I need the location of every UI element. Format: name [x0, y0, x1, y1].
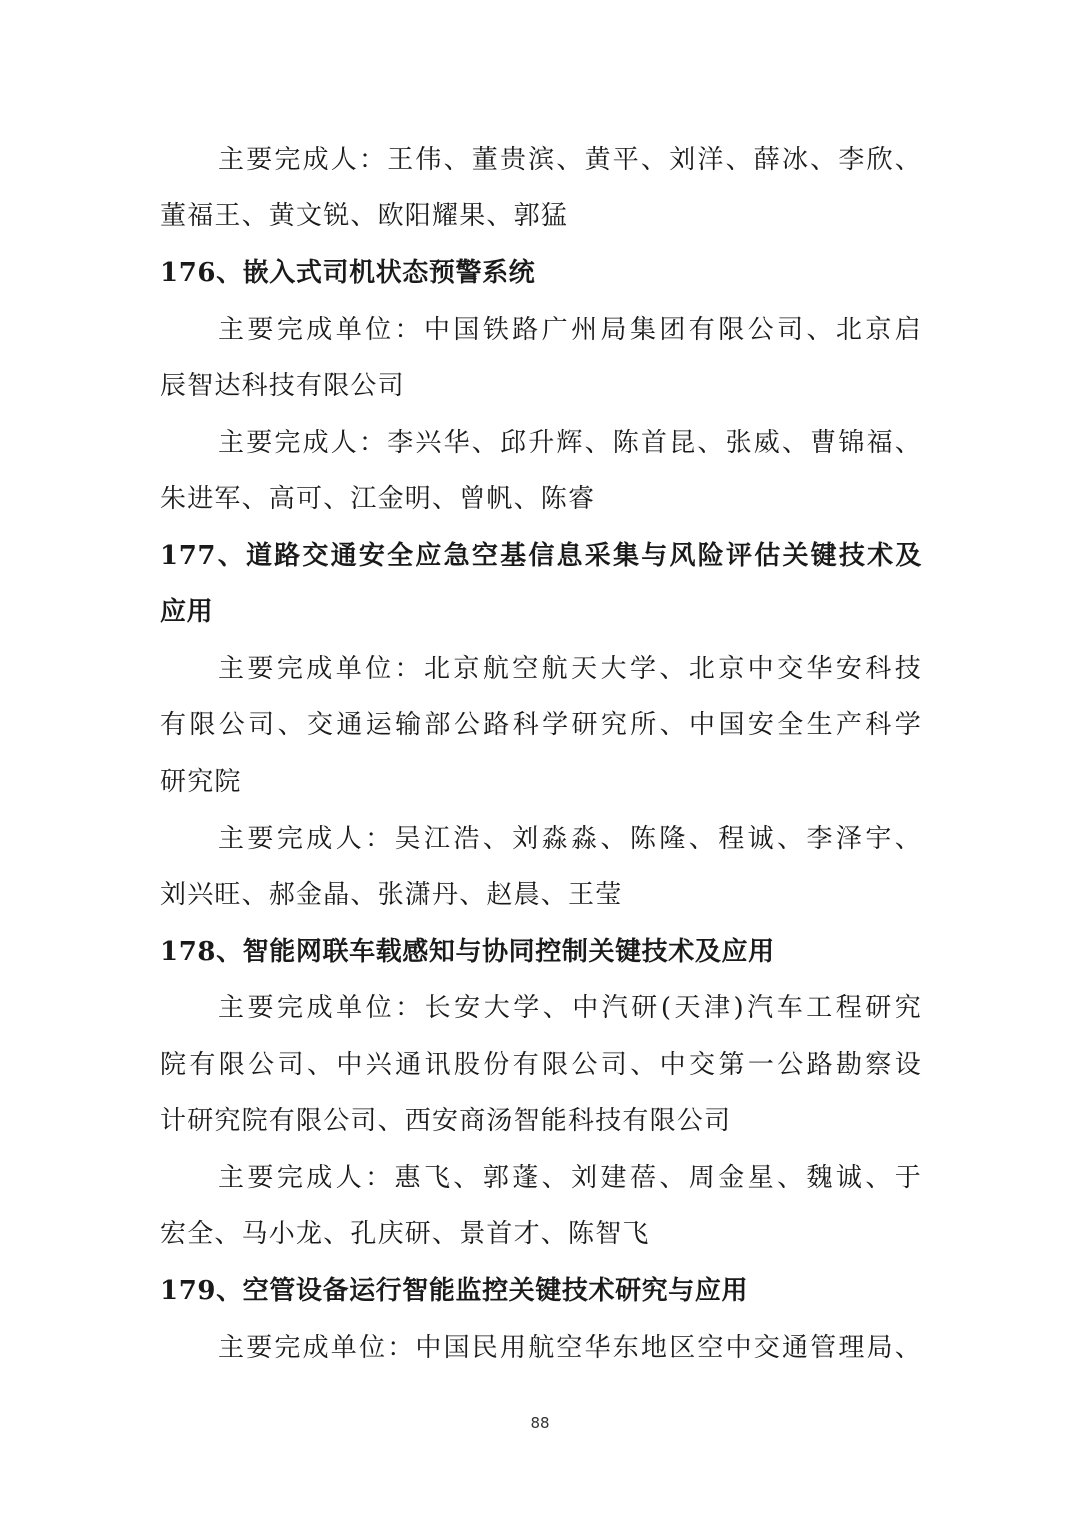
entry-177-units-line-1: 主要完成单位：北京航空航天大学、北京中交华安科技	[218, 649, 922, 689]
document-page: 主要完成人：王伟、董贵滨、黄平、刘洋、薛冰、李欣、 董福王、黄文锐、欧阳耀果、郭…	[0, 0, 1080, 1527]
entry-177-title-line-2: 应用	[160, 592, 922, 632]
entry-179-title: 179、空管设备运行智能监控关键技术研究与应用	[160, 1271, 922, 1311]
entry-178-units-line-1: 主要完成单位：长安大学、中汽研(天津)汽车工程研究	[218, 988, 922, 1028]
entry-175-persons-line-2: 董福王、黄文锐、欧阳耀果、郭猛	[160, 196, 922, 236]
entry-176-persons-line-1: 主要完成人：李兴华、邱升辉、陈首昆、张威、曹锦福、	[218, 423, 922, 463]
entry-177-units-line-2: 有限公司、交通运输部公路科学研究所、中国安全生产科学	[160, 705, 922, 745]
entry-177-persons-line-2: 刘兴旺、郝金晶、张潇丹、赵晨、王莹	[160, 875, 922, 915]
entry-177-title-line-1: 177、道路交通安全应急空基信息采集与风险评估关键技术及	[160, 536, 922, 576]
entry-179-units-line-1: 主要完成单位：中国民用航空华东地区空中交通管理局、	[218, 1328, 922, 1368]
entry-176-title: 176、嵌入式司机状态预警系统	[160, 253, 922, 293]
entry-176-units-line-1: 主要完成单位：中国铁路广州局集团有限公司、北京启	[218, 310, 922, 350]
entry-177-persons-line-1: 主要完成人：吴江浩、刘淼淼、陈隆、程诚、李泽宇、	[218, 819, 922, 859]
entry-178-units-line-2: 院有限公司、中兴通讯股份有限公司、中交第一公路勘察设	[160, 1045, 922, 1085]
entry-176-units-line-2: 辰智达科技有限公司	[160, 366, 922, 406]
entry-178-units-line-3: 计研究院有限公司、西安商汤智能科技有限公司	[160, 1101, 922, 1141]
entry-178-persons-line-1: 主要完成人：惠飞、郭蓬、刘建蓓、周金星、魏诚、于	[218, 1158, 922, 1198]
entry-176-persons-line-2: 朱进军、高可、江金明、曾帆、陈睿	[160, 479, 922, 519]
entry-177-units-line-3: 研究院	[160, 762, 922, 802]
entry-178-persons-line-2: 宏全、马小龙、孔庆研、景首才、陈智飞	[160, 1214, 922, 1254]
entry-178-title: 178、智能网联车载感知与协同控制关键技术及应用	[160, 932, 922, 972]
entry-175-persons-line-1: 主要完成人：王伟、董贵滨、黄平、刘洋、薛冰、李欣、	[218, 140, 922, 180]
page-number: 88	[500, 1414, 580, 1432]
